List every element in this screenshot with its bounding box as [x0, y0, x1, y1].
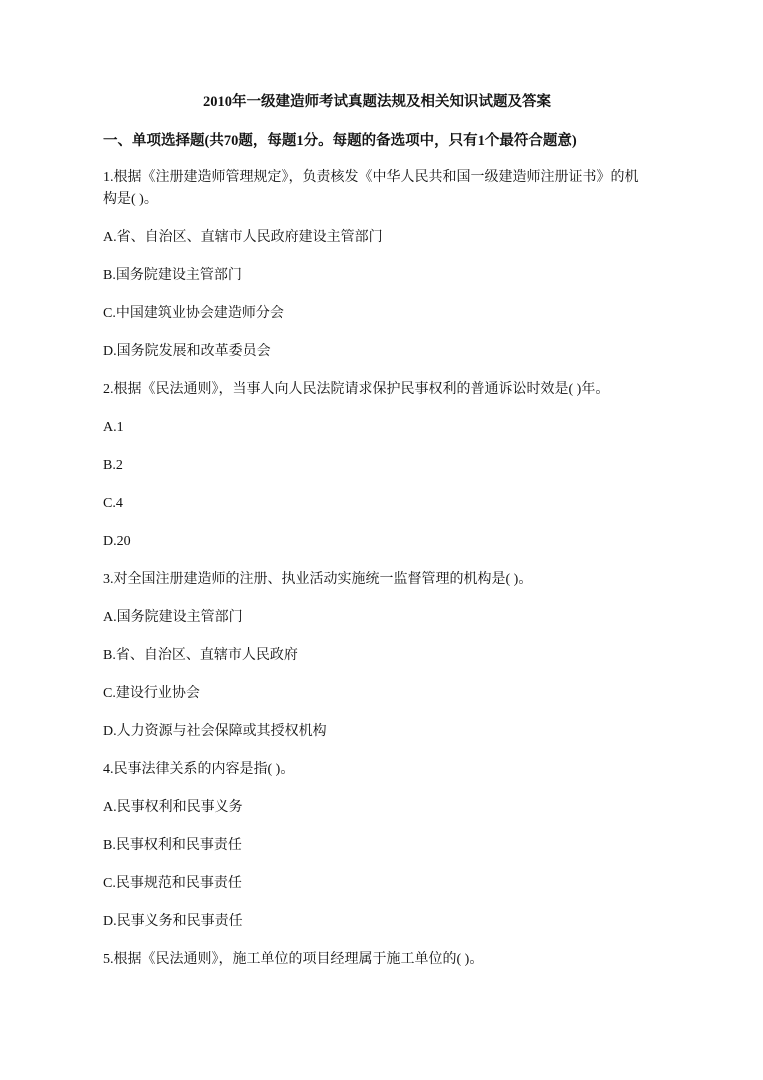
option-item: A.国务院建设主管部门	[103, 607, 651, 629]
option-item: B.省、自治区、直辖市人民政府	[103, 645, 651, 667]
section-header: 一、单项选择题(共70题，每题1分。每题的备选项中，只有1个最符合题意)	[103, 130, 651, 152]
option-item: C.4	[103, 493, 651, 515]
option-item: A.省、自治区、直辖市人民政府建设主管部门	[103, 227, 651, 249]
question-block-1: 1.根据《注册建造师管理规定》，负责核发《中华人民共和国一级建造师注册证书》的机…	[103, 167, 651, 363]
question-block-3: 3.对全国注册建造师的注册、执业活动实施统一监督管理的机构是( )。 A.国务院…	[103, 569, 651, 743]
question-text: 3.对全国注册建造师的注册、执业活动实施统一监督管理的机构是( )。	[103, 569, 651, 591]
question-text: 1.根据《注册建造师管理规定》，负责核发《中华人民共和国一级建造师注册证书》的机…	[103, 167, 651, 211]
question-text: 2.根据《民法通则》，当事人向人民法院请求保护民事权利的普通诉讼时效是( )年。	[103, 379, 651, 401]
option-item: B.2	[103, 455, 651, 477]
document-page: 2010年一级建造师考试真题法规及相关知识试题及答案 一、单项选择题(共70题，…	[0, 0, 763, 1080]
option-item: D.20	[103, 531, 651, 553]
option-item: D.人力资源与社会保障或其授权机构	[103, 721, 651, 743]
option-item: D.民事义务和民事责任	[103, 911, 651, 933]
option-item: C.民事规范和民事责任	[103, 873, 651, 895]
option-item: A.1	[103, 417, 651, 439]
question-text: 5.根据《民法通则》，施工单位的项目经理属于施工单位的( )。	[103, 949, 651, 971]
question-block-2: 2.根据《民法通则》，当事人向人民法院请求保护民事权利的普通诉讼时效是( )年。…	[103, 379, 651, 553]
document-title: 2010年一级建造师考试真题法规及相关知识试题及答案	[103, 91, 651, 113]
option-item: C.中国建筑业协会建造师分会	[103, 303, 651, 325]
option-item: B.民事权利和民事责任	[103, 835, 651, 857]
question-text: 4.民事法律关系的内容是指( )。	[103, 759, 651, 781]
option-item: A.民事权利和民事义务	[103, 797, 651, 819]
option-item: B.国务院建设主管部门	[103, 265, 651, 287]
option-item: D.国务院发展和改革委员会	[103, 341, 651, 363]
option-item: C.建设行业协会	[103, 683, 651, 705]
question-block-4: 4.民事法律关系的内容是指( )。 A.民事权利和民事义务 B.民事权利和民事责…	[103, 759, 651, 933]
question-block-5: 5.根据《民法通则》，施工单位的项目经理属于施工单位的( )。	[103, 949, 651, 971]
